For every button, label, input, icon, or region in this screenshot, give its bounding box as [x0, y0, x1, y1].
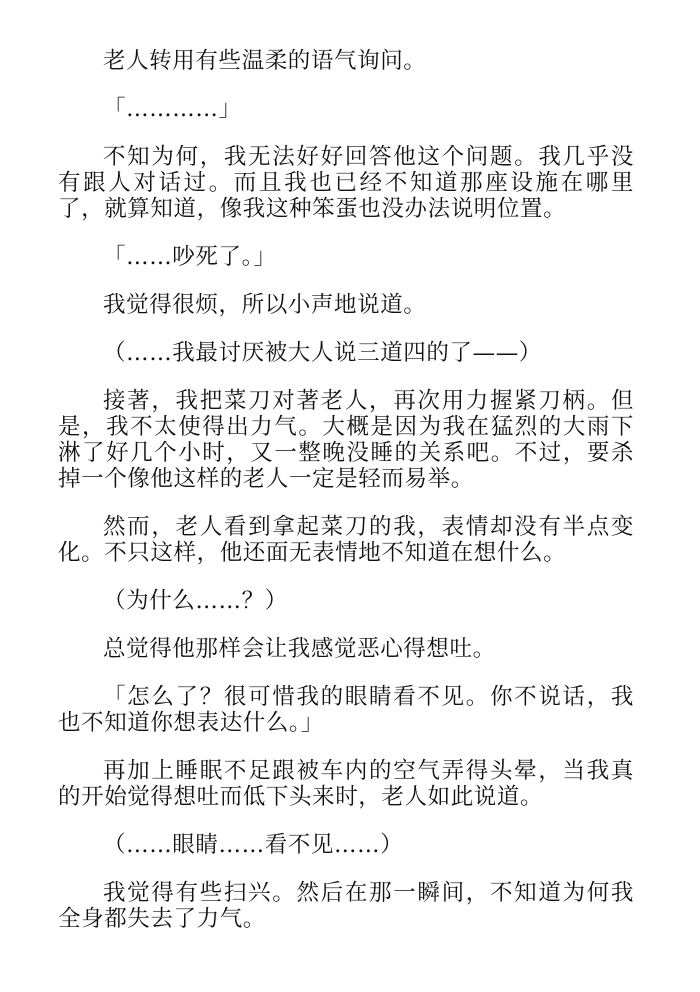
paragraph-thought: （……眼睛……看不见……）: [58, 832, 634, 858]
document-page: 老人转用有些温柔的语气询问。 「…………」 不知为何，我无法好好回答他这个问题。…: [58, 48, 634, 954]
paragraph-narration: 我觉得有些扫兴。然后在那一瞬间，不知道为何我全身都失去了力气。: [58, 880, 634, 932]
paragraph-dialogue: 「怎么了？很可惜我的眼睛看不见。你不说话，我也不知道你想表达什么。」: [58, 684, 634, 736]
paragraph-narration: 再加上睡眠不足跟被车内的空气弄得头晕，当我真的开始觉得想吐而低下头来时，老人如此…: [58, 758, 634, 810]
paragraph-narration: 总觉得他那样会让我感觉恶心得想吐。: [58, 636, 634, 662]
paragraph-dialogue: 「……吵死了。」: [58, 244, 634, 270]
paragraph-narration: 接著，我把菜刀对著老人，再次用力握紧刀柄。但是，我不太使得出力气。大概是因为我在…: [58, 388, 634, 492]
paragraph-thought: （为什么……？）: [58, 588, 634, 614]
paragraph-narration: 老人转用有些温柔的语气询问。: [58, 48, 634, 74]
paragraph-narration: 然而，老人看到拿起菜刀的我，表情却没有半点变化。不只这样，他还面无表情地不知道在…: [58, 514, 634, 566]
paragraph-dialogue: 「…………」: [58, 96, 634, 122]
paragraph-narration: 我觉得很烦，所以小声地说道。: [58, 292, 634, 318]
paragraph-thought: （……我最讨厌被大人说三道四的了——）: [58, 340, 634, 366]
paragraph-narration: 不知为何，我无法好好回答他这个问题。我几乎没有跟人对话过。而且我也已经不知道那座…: [58, 144, 634, 222]
